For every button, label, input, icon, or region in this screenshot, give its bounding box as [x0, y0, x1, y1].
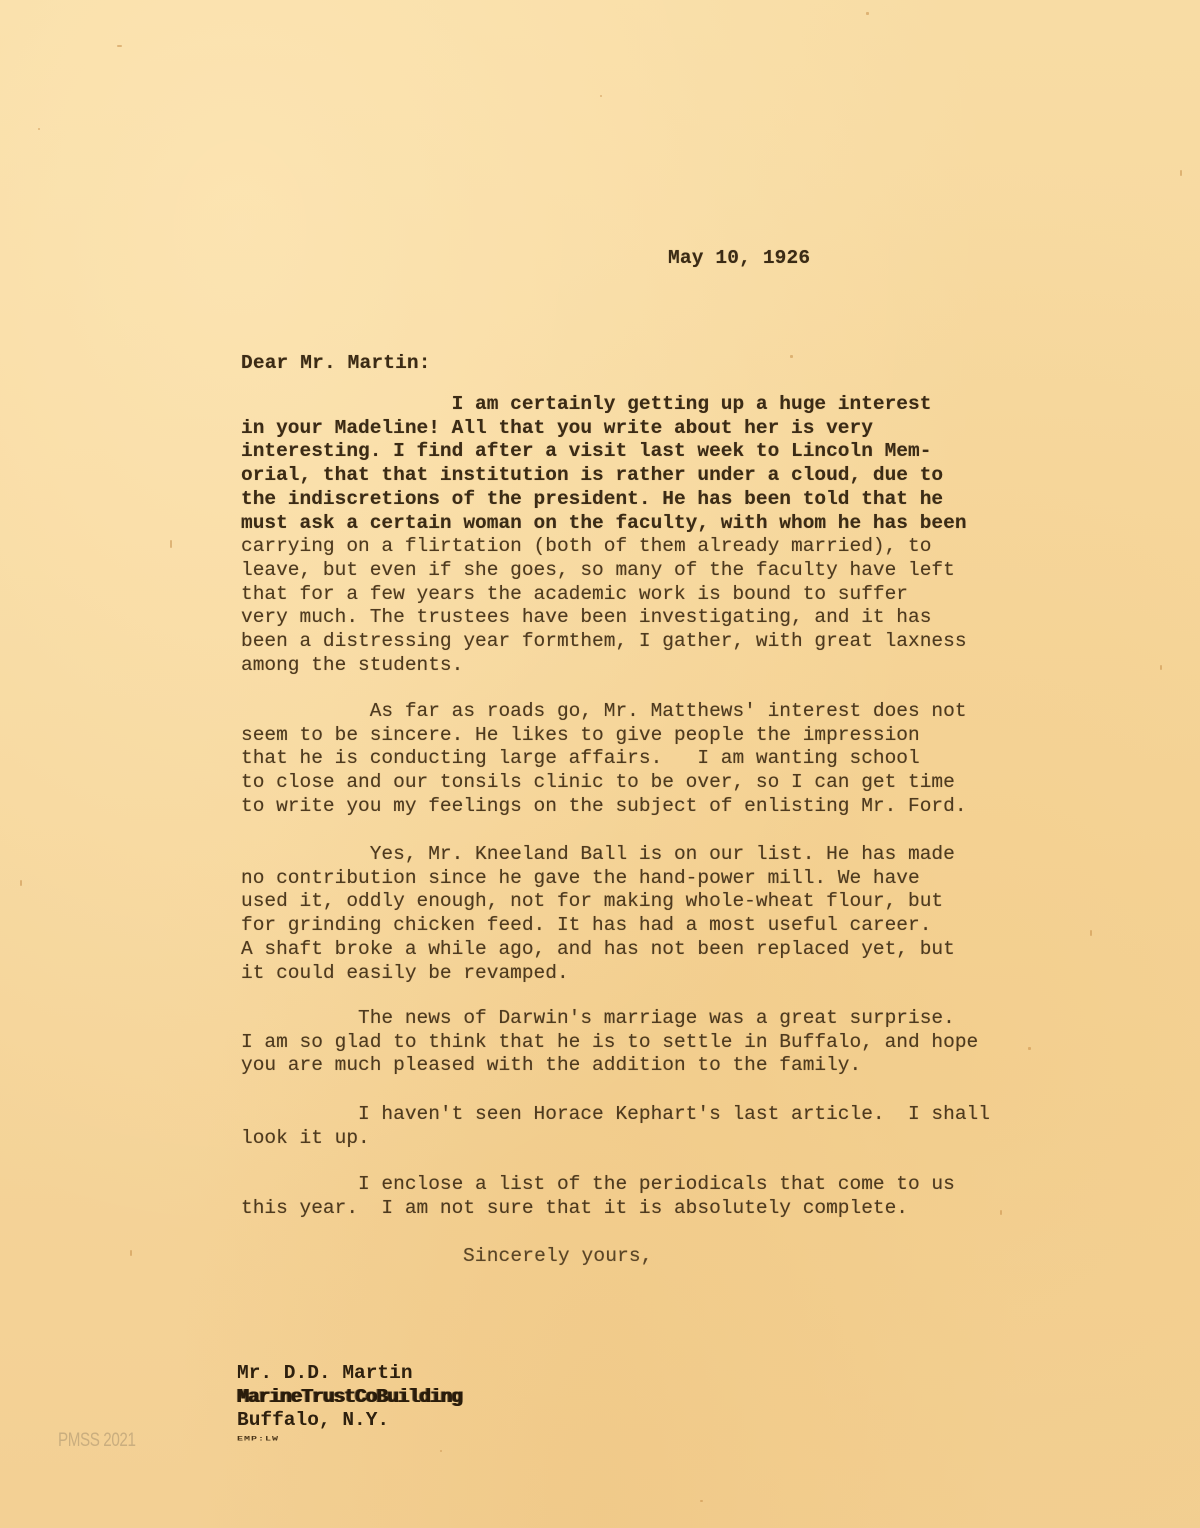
recipient-address: Mr. D.D. Martin MarineTrustCoBuilding Bu…: [237, 1362, 462, 1433]
paper-fleck: [1090, 930, 1092, 936]
paper-fleck: [600, 95, 602, 97]
text-line: in your Madeline! All that you write abo…: [241, 417, 1001, 441]
body-paragraph-3: Yes, Mr. Kneeland Ball is on our list. H…: [241, 843, 1001, 985]
paper-fleck: [1180, 170, 1182, 176]
paper-fleck: [170, 540, 172, 548]
text-line: to close and our tonsils clinic to be ov…: [241, 771, 1001, 795]
body-paragraph-2: As far as roads go, Mr. Matthews' intere…: [241, 700, 1001, 819]
text-line: no contribution since he gave the hand-p…: [241, 867, 1001, 891]
text-line: must ask a certain woman on the faculty,…: [241, 512, 1001, 536]
text-line: very much. The trustees have been invest…: [241, 606, 1001, 630]
text-line: seem to be sincere. He likes to give peo…: [241, 724, 1001, 748]
paper-fleck: [117, 45, 122, 47]
text-line: Yes, Mr. Kneeland Ball is on our list. H…: [241, 843, 1001, 867]
text-line: you are much pleased with the addition t…: [241, 1054, 1001, 1078]
text-line: I haven't seen Horace Kephart's last art…: [241, 1103, 1001, 1127]
text-line: that for a few years the academic work i…: [241, 583, 1001, 607]
paper-fleck: [1160, 665, 1162, 670]
letter-date: May 10, 1926: [668, 247, 810, 271]
text-line: The news of Darwin's marriage was a grea…: [241, 1007, 1001, 1031]
body-paragraph-1: I am certainly getting up a huge interes…: [241, 393, 1001, 677]
paper-fleck: [866, 12, 869, 15]
letter-salutation: Dear Mr. Martin:: [241, 352, 431, 376]
recipient-city: Buffalo, N.Y.: [237, 1409, 462, 1433]
text-line: I am certainly getting up a huge interes…: [241, 393, 1001, 417]
paper-fleck: [1028, 1047, 1031, 1050]
text-line: look it up.: [241, 1127, 1001, 1151]
text-line: that he is conducting large affairs. I a…: [241, 747, 1001, 771]
typist-initials: EMP:LW: [237, 1436, 279, 1443]
paper-fleck: [700, 1500, 703, 1502]
text-line: I am so glad to think that he is to sett…: [241, 1031, 1001, 1055]
text-line: for grinding chicken feed. It has had a …: [241, 914, 1001, 938]
paper-fleck: [20, 880, 22, 886]
paper-fleck: [130, 1250, 132, 1256]
paper-fleck: [38, 128, 40, 130]
body-paragraph-6: I enclose a list of the periodicals that…: [241, 1173, 1001, 1220]
body-paragraph-5: I haven't seen Horace Kephart's last art…: [241, 1103, 1001, 1150]
text-line: A shaft broke a while ago, and has not b…: [241, 938, 1001, 962]
text-line: I enclose a list of the periodicals that…: [241, 1173, 1001, 1197]
text-line: the indiscretions of the president. He h…: [241, 488, 1001, 512]
body-paragraph-4: The news of Darwin's marriage was a grea…: [241, 1007, 1001, 1078]
text-line: been a distressing year formthem, I gath…: [241, 630, 1001, 654]
paper-fleck: [790, 355, 793, 358]
recipient-building: MarineTrustCoBuilding: [237, 1386, 462, 1410]
archive-watermark: PMSS 2021: [58, 1430, 136, 1452]
text-line: among the students.: [241, 654, 1001, 678]
text-line: used it, oddly enough, not for making wh…: [241, 890, 1001, 914]
text-line: leave, but even if she goes, so many of …: [241, 559, 1001, 583]
text-line: As far as roads go, Mr. Matthews' intere…: [241, 700, 1001, 724]
paper-fleck: [440, 1450, 442, 1452]
text-line: to write you my feelings on the subject …: [241, 795, 1001, 819]
text-line: orial, that that institution is rather u…: [241, 464, 1001, 488]
text-line: this year. I am not sure that it is abso…: [241, 1197, 1001, 1221]
text-line: interesting. I find after a visit last w…: [241, 440, 1001, 464]
text-line: carrying on a flirtation (both of them a…: [241, 535, 1001, 559]
recipient-name: Mr. D.D. Martin: [237, 1362, 462, 1386]
text-line: it could easily be revamped.: [241, 962, 1001, 986]
letter-closing: Sincerely yours,: [463, 1245, 653, 1269]
